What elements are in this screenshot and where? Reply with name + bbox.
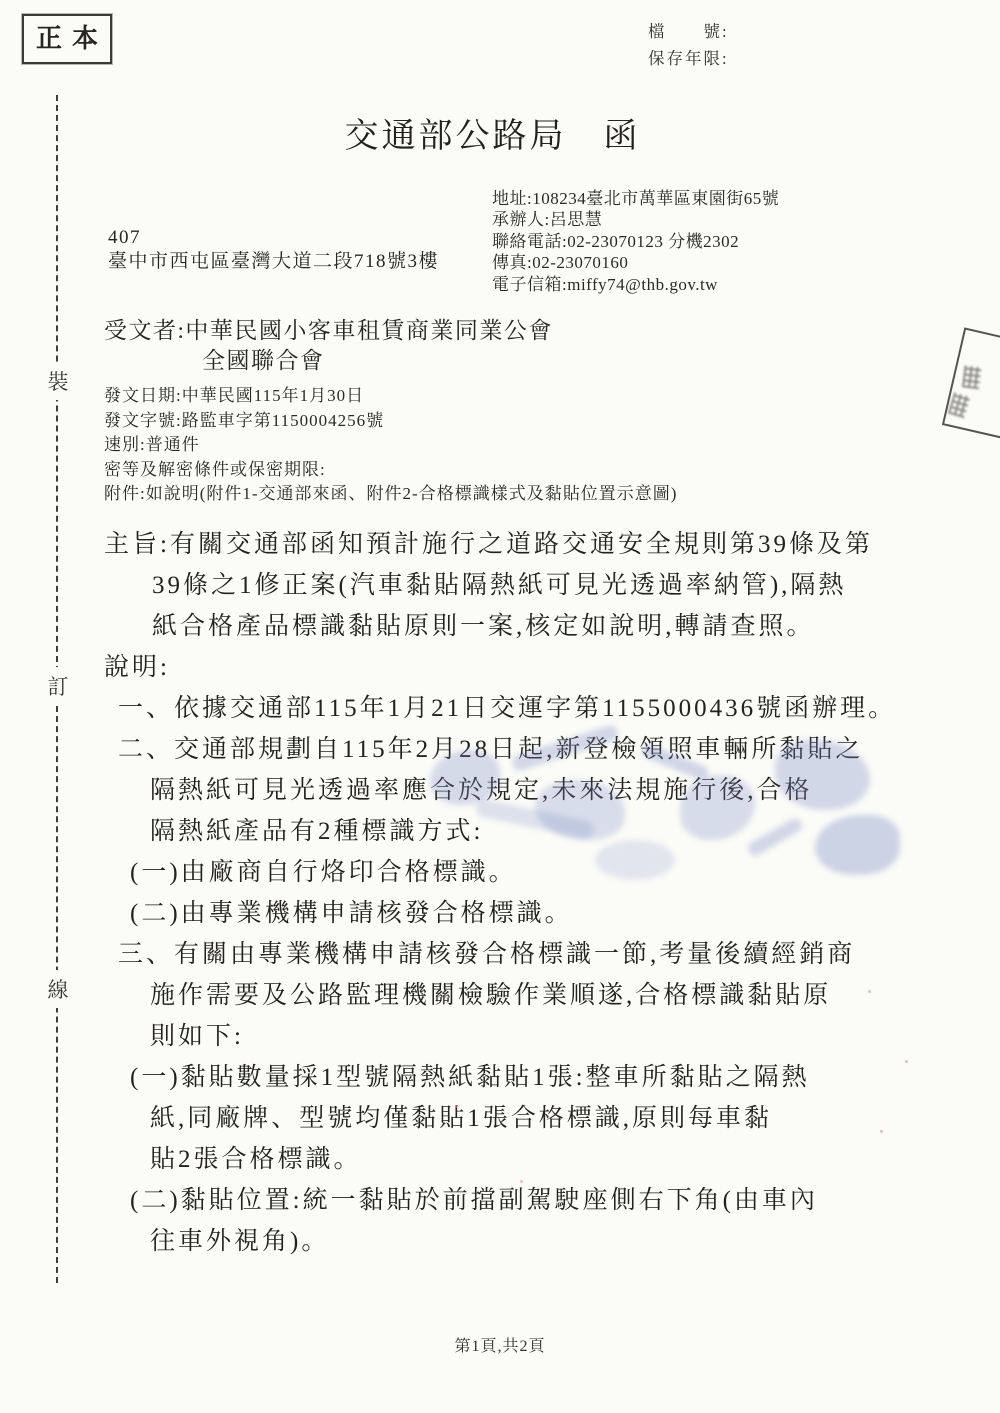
scan-speckle <box>905 1060 908 1063</box>
scan-speckle <box>880 1130 883 1133</box>
sender-contact-line: 承辦人:呂思慧 <box>492 209 779 230</box>
seal-smudge-glyph <box>948 392 971 418</box>
body-line: 隔熱紙可見光透過率應合於規定,未來法規施行後,合格 <box>104 770 944 811</box>
sender-contact-line: 傳真:02-23070160 <box>492 252 779 273</box>
scan-speckle <box>868 990 871 993</box>
sender-contact-line: 地址:108234臺北市萬華區東園街65號 <box>492 188 779 209</box>
body-line: 39條之1修正案(汽車黏貼隔熱紙可見光透過率納管),隔熱 <box>104 565 944 606</box>
body-line: 二、交通部規劃自115年2月28日起,新登檢領照車輛所黏貼之 <box>104 729 944 770</box>
recipient-zip-code: 407 <box>108 226 439 250</box>
original-copy-stamp: 正本 <box>22 14 112 64</box>
doc-meta-line: 發文字號:路監車字第1150004256號 <box>104 409 677 434</box>
scan-speckle <box>520 1180 523 1183</box>
page-number-footer: 第1頁,共2頁 <box>0 1333 1000 1356</box>
scanned-official-letter-page: 正本 檔 號: 保存年限: 交通部公路局 函 地址:108234臺北市萬華區東園… <box>0 0 1000 1413</box>
body-line: 一、依據交通部115年1月21日交運字第1155000436號函辦理。 <box>104 688 944 729</box>
body-line: 則如下: <box>104 1016 944 1057</box>
document-title: 交通部公路局 函 <box>0 108 985 157</box>
body-line: (一)黏貼數量採1型號隔熱紙黏貼1張:整車所黏貼之隔熱 <box>104 1057 944 1098</box>
body-line: 施作需要及公路監理機關檢驗作業順遂,合格標識黏貼原 <box>104 975 944 1016</box>
body-line: (二)黏貼位置:統一黏貼於前擋副駕駛座側右下角(由車內 <box>104 1180 944 1221</box>
body-line: (一)由廠商自行烙印合格標識。 <box>104 852 944 893</box>
recipient-postal-block: 407 臺中市西屯區臺灣大道二段718號3樓 <box>108 226 439 274</box>
binding-mark-ding: 訂 <box>43 667 73 705</box>
body-line: 隔熱紙產品有2種標識方式: <box>104 811 944 852</box>
sender-contact-line: 電子信箱:miffy74@thb.gov.tw <box>492 274 779 295</box>
seal-smudge-glyph <box>962 365 982 389</box>
doc-meta-line: 發文日期:中華民國115年1月30日 <box>104 384 677 409</box>
body-line: (二)由專業機構申請核發合格標識。 <box>104 893 944 934</box>
sender-contact-line: 聯絡電話:02-23070123 分機2302 <box>492 231 779 252</box>
body-line: 說明: <box>104 647 944 688</box>
body-line: 紙合格產品標識黏貼原則一案,核定如說明,轉請查照。 <box>104 606 944 647</box>
doc-meta-block: 發文日期:中華民國115年1月30日發文字號:路監車字第1150004256號速… <box>104 384 677 507</box>
addressee-line1: 受文者:中華民國小客車租賃商業同業公會 <box>104 316 553 346</box>
edge-seal-stamp <box>942 327 1000 444</box>
body-line: 三、有關由專業機構申請核發合格標識一節,考量後續經銷商 <box>104 934 944 975</box>
scan-speckle <box>455 1105 458 1108</box>
file-number-label: 檔 號: <box>648 18 729 45</box>
scan-speckle <box>436 876 439 879</box>
body-line: 主旨:有關交通部函知預計施行之道路交通安全規則第39條及第 <box>104 524 944 565</box>
addressee-block: 受文者:中華民國小客車租賃商業同業公會 全國聯合會 <box>104 316 553 376</box>
binding-mark-zhuang: 裝 <box>43 362 73 400</box>
body-line: 貼2張合格標識。 <box>104 1139 944 1180</box>
body-line: 往車外視角)。 <box>104 1221 944 1262</box>
body-line: 紙,同廠牌、型號均僅黏貼1張合格標識,原則每車黏 <box>104 1098 944 1139</box>
recipient-street-address: 臺中市西屯區臺灣大道二段718號3樓 <box>108 250 439 274</box>
doc-meta-line: 附件:如說明(附件1-交通部來函、附件2-合格標識樣式及黏貼位置示意圖) <box>104 482 677 507</box>
doc-meta-line: 速別:普通件 <box>104 433 677 458</box>
letter-body: 主旨:有關交通部函知預計施行之道路交通安全規則第39條及第39條之1修正案(汽車… <box>104 524 944 1262</box>
doc-meta-line: 密等及解密條件或保密期限: <box>104 458 677 483</box>
file-number-block: 檔 號: 保存年限: <box>648 18 729 72</box>
binding-mark-xian: 線 <box>43 970 73 1008</box>
sender-contact-block: 地址:108234臺北市萬華區東園街65號承辦人:呂思慧聯絡電話:02-2307… <box>492 188 779 295</box>
addressee-line2: 全國聯合會 <box>202 346 553 376</box>
retention-period-label: 保存年限: <box>648 45 729 72</box>
